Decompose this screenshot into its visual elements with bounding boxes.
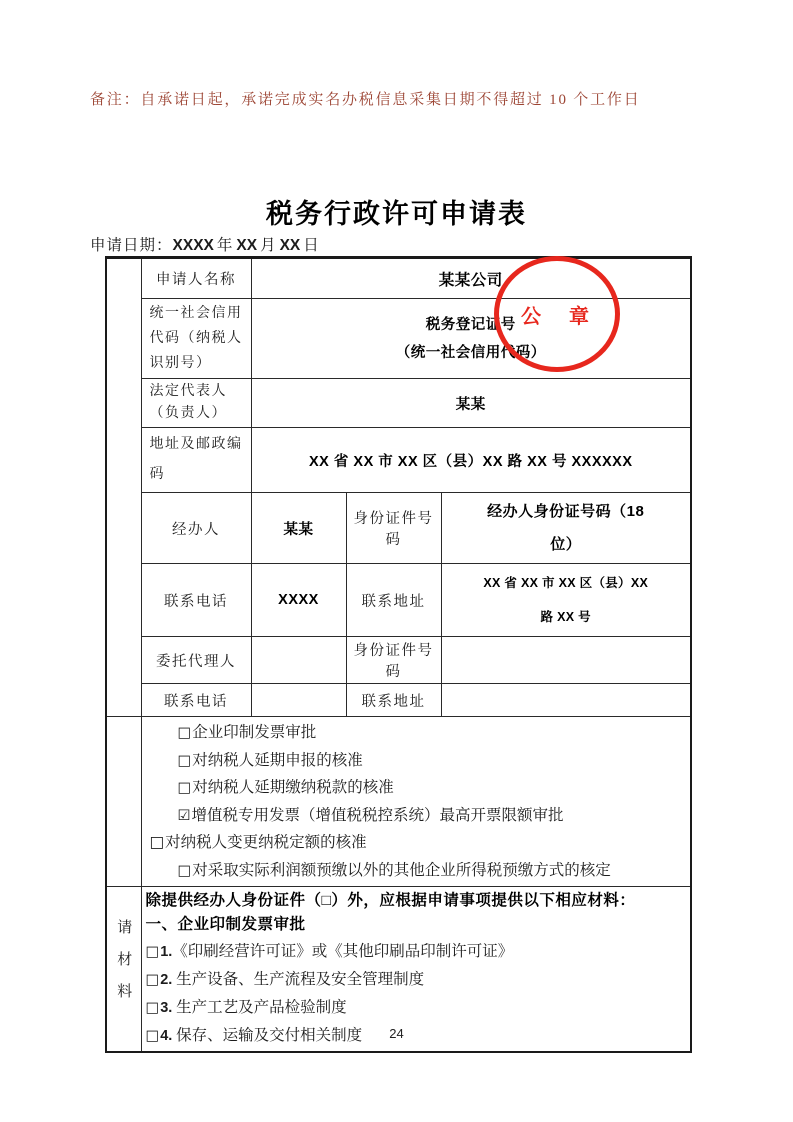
license-item-checked: ☑增值税专用发票（增值税税控系统）最高开票限额审批 xyxy=(146,802,687,830)
checkbox-icon[interactable]: □ xyxy=(178,863,192,879)
applicant-name-label: 申请人名称 xyxy=(141,258,251,299)
materials-header-line1: 除提供经办人身份证件（□）外，应根据申请事项提供以下相应材料： xyxy=(146,889,687,913)
document-page: 备注：自承诺日起，承诺完成实名办税信息采集日期不得超过 10 个工作日 税务行政… xyxy=(0,0,793,1122)
proxy-id-value xyxy=(441,637,691,684)
remark-note: 备注：自承诺日起，承诺完成实名办税信息采集日期不得超过 10 个工作日 xyxy=(90,88,641,109)
date-month-unit: 月 xyxy=(260,237,277,254)
material-item: □3. 生产工艺及产品检验制度 xyxy=(146,995,687,1021)
date-day: XX xyxy=(280,237,301,254)
applicant-name-value: 某某公司 xyxy=(251,258,691,299)
application-date-label: 申请日期： xyxy=(90,237,173,254)
checkbox-icon[interactable]: □ xyxy=(150,833,165,851)
checkbox-icon[interactable]: □ xyxy=(146,972,160,988)
contact-address-value-text: XX 省 XX 市 XX 区（县）XX 路 XX 号 xyxy=(477,566,655,634)
application-date: 申请日期：XXXX年XX月XX日 xyxy=(90,233,323,255)
proxy-phone-label: 联系电话 xyxy=(141,684,251,717)
handler-name-value: 某某 xyxy=(251,493,346,564)
checkbox-icon[interactable]: □ xyxy=(178,780,192,796)
checkbox-icon[interactable]: □ xyxy=(178,753,192,769)
checkbox-checked-icon[interactable]: ☑ xyxy=(178,808,191,824)
credit-code-value-line2: （统一社会信用代码） xyxy=(256,339,687,367)
form-title: 税务行政许可申请表 xyxy=(0,192,793,231)
license-item: □对纳税人延期缴纳税款的核准 xyxy=(146,774,687,802)
license-item-label: 企业印制发票审批 xyxy=(192,724,316,741)
license-item-label: 增值税专用发票（增值税税控系统）最高开票限额审批 xyxy=(192,807,564,824)
legal-rep-label: 法定代表人（负责人） xyxy=(141,379,251,428)
license-item-label: 对采取实际利润额预缴以外的其他企业所得税预缴方式的核定 xyxy=(192,862,611,879)
checkbox-icon[interactable]: □ xyxy=(178,725,192,741)
proxy-phone-value xyxy=(251,684,346,717)
material-item-number: 2. xyxy=(160,972,172,988)
address-label: 地址及邮政编码 xyxy=(141,428,251,493)
license-item-label: 对纳税人变更纳税定额的核准 xyxy=(165,834,367,851)
date-year: XXXX xyxy=(173,237,214,254)
contact-address-value: XX 省 XX 市 XX 区（县）XX 路 XX 号 xyxy=(441,564,691,637)
credit-code-value-line1: 税务登记证号 xyxy=(256,311,687,339)
checkbox-icon[interactable]: □ xyxy=(146,1000,160,1016)
contact-address-label: 联系地址 xyxy=(346,564,441,637)
material-item: □2. 生产设备、生产流程及安全管理制度 xyxy=(146,967,687,993)
legal-rep-value: 某某 xyxy=(251,379,691,428)
handler-id-value: 经办人身份证号码（18位） xyxy=(441,493,691,564)
date-year-unit: 年 xyxy=(217,237,234,254)
proxy-id-label: 身份证件号码 xyxy=(346,637,441,684)
handler-id-value-text: 经办人身份证号码（18位） xyxy=(480,495,652,561)
license-item: □对纳税人变更纳税定额的核准 xyxy=(146,829,687,857)
left-gutter-cell xyxy=(106,258,141,717)
license-item-label: 对纳税人延期缴纳税款的核准 xyxy=(192,779,394,796)
contact-phone-label: 联系电话 xyxy=(141,564,251,637)
materials-header-line2: 一、企业印制发票审批 xyxy=(146,913,687,937)
contact-phone-value: XXXX xyxy=(251,564,346,637)
application-form-table: 申请人名称 某某公司 统一社会信用代码（纳税人识别号） 税务登记证号 （统一社会… xyxy=(105,256,692,1053)
license-item: □对纳税人延期申报的核准 xyxy=(146,747,687,775)
handler-id-label: 身份证件号码 xyxy=(346,493,441,564)
material-item-number: 1. xyxy=(160,944,172,960)
credit-code-value: 税务登记证号 （统一社会信用代码） xyxy=(251,299,691,379)
license-item-label: 对纳税人延期申报的核准 xyxy=(192,752,363,769)
handler-label: 经办人 xyxy=(141,493,251,564)
proxy-name-value xyxy=(251,637,346,684)
material-item-label: 生产工艺及产品检验制度 xyxy=(172,999,346,1016)
license-item: □企业印制发票审批 xyxy=(146,719,687,747)
credit-code-label: 统一社会信用代码（纳税人识别号） xyxy=(141,299,251,379)
material-item-label: 《印刷经营许可证》或《其他印刷品印制许可证》 xyxy=(172,943,513,960)
page-number: 24 xyxy=(0,1026,793,1041)
address-value: XX 省 XX 市 XX 区（县）XX 路 XX 号 XXXXXX xyxy=(251,428,691,493)
material-item-label: 生产设备、生产流程及安全管理制度 xyxy=(172,971,424,988)
license-item: □对采取实际利润额预缴以外的其他企业所得税预缴方式的核定 xyxy=(146,857,687,885)
checkbox-icon[interactable]: □ xyxy=(146,944,160,960)
material-item: □1.《印刷经营许可证》或《其他印刷品印制许可证》 xyxy=(146,939,687,965)
date-month: XX xyxy=(236,237,257,254)
date-day-unit: 日 xyxy=(303,237,320,254)
proxy-label: 委托代理人 xyxy=(141,637,251,684)
left-gutter-cell xyxy=(106,717,141,887)
proxy-address-label: 联系地址 xyxy=(346,684,441,717)
materials-side-label: 请材料 xyxy=(113,919,134,1015)
material-item-number: 3. xyxy=(160,1000,172,1016)
license-type-section: □企业印制发票审批 □对纳税人延期申报的核准 □对纳税人延期缴纳税款的核准 ☑增… xyxy=(141,717,691,887)
proxy-address-value xyxy=(441,684,691,717)
